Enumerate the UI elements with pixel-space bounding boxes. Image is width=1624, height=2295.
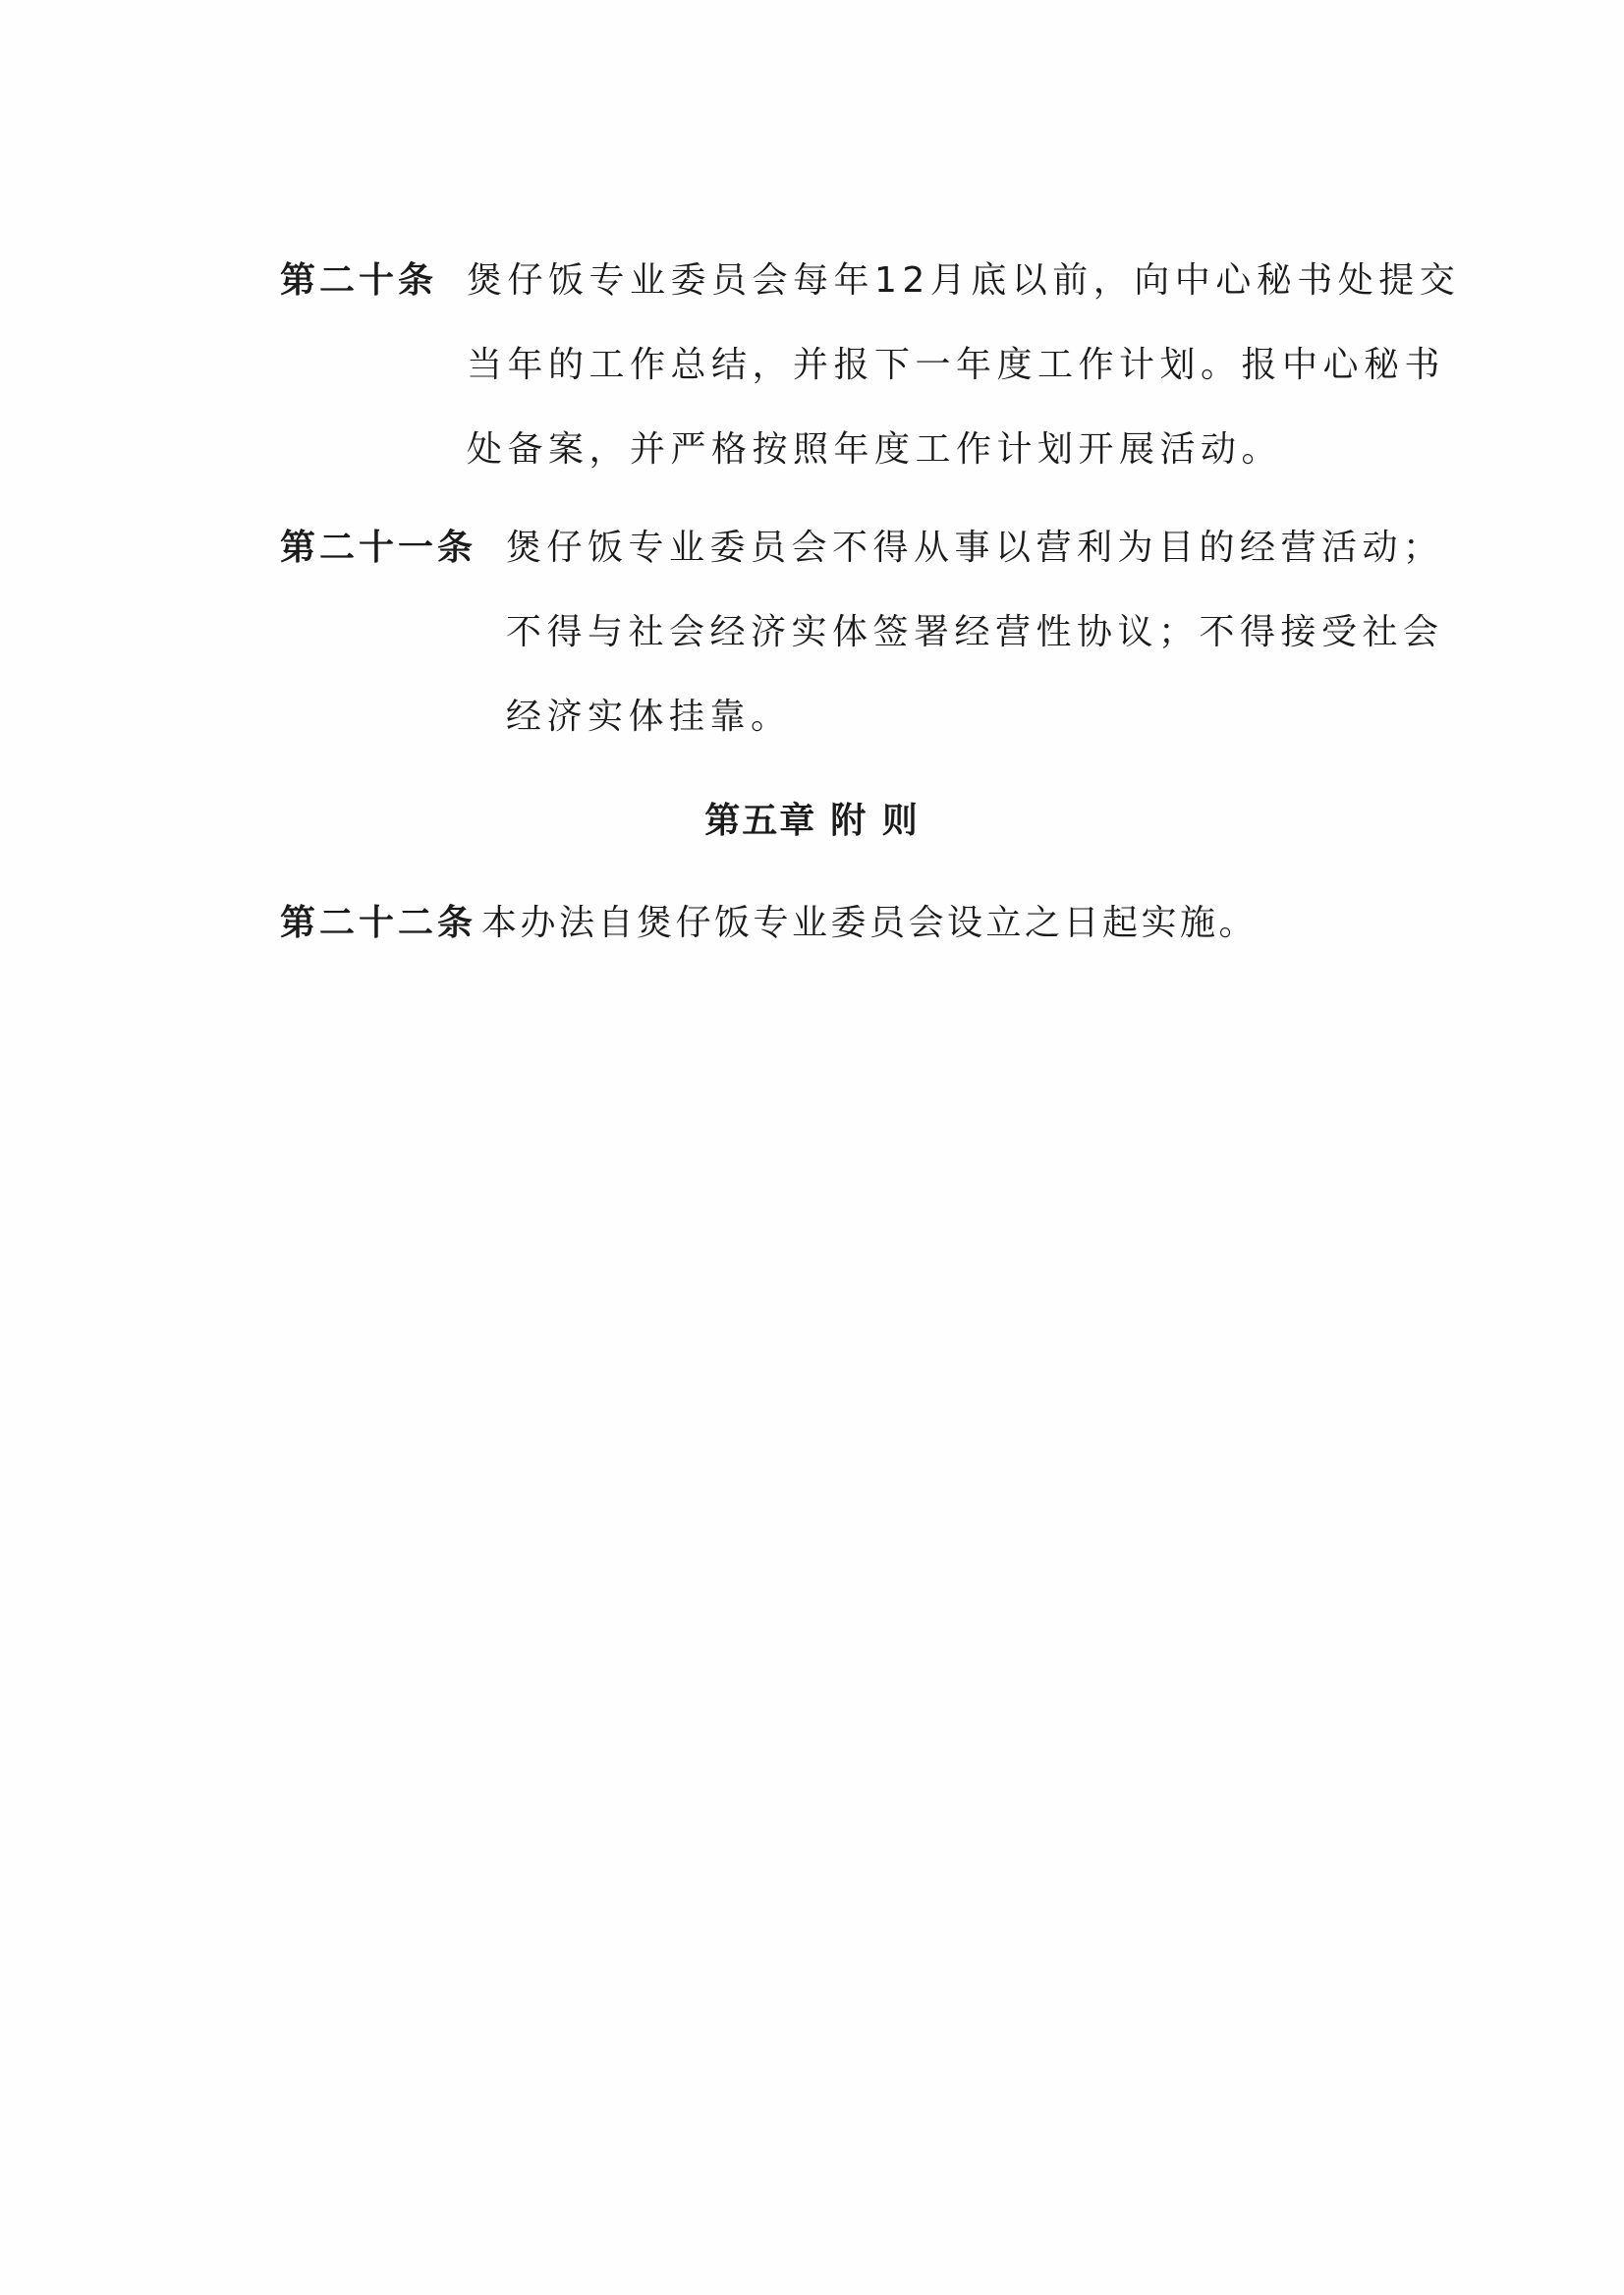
document-page: 第二十条 煲仔饭专业委员会每年12月底以前，向中心秘书处提交 当年的工作总结，并…: [0, 0, 1624, 2295]
article-text-line: 处备案，并严格按照年度工作计划开展活动。: [280, 408, 1366, 492]
article-text-line: 经济实体挂靠。: [280, 675, 1366, 759]
article-text-line: 当年的工作总结，并报下一年度工作计划。报中心秘书: [280, 323, 1366, 408]
article-20: 第二十条 煲仔饭专业委员会每年12月底以前，向中心秘书处提交 当年的工作总结，并…: [280, 239, 1366, 492]
chapter-title: 附 则: [830, 801, 920, 841]
article-text-line: 煲仔饭专业委员会每年12月底以前，向中心秘书处提交: [280, 239, 1366, 323]
chapter-number: 第五章: [704, 801, 816, 841]
article-21: 第二十一条 煲仔饭专业委员会不得从事以营利为目的经营活动； 不得与社会经济实体签…: [280, 506, 1366, 759]
article-label: 第二十一条: [280, 506, 476, 590]
article-text-line: 不得与社会经济实体签署经营性协议；不得接受社会: [280, 590, 1366, 675]
article-label: 第二十二条: [280, 881, 476, 966]
chapter-heading: 第五章附 则: [0, 779, 1624, 864]
article-label: 第二十条: [280, 239, 437, 323]
article-22: 第二十二条 本办法自煲仔饭专业委员会设立之日起实施。: [280, 881, 1366, 966]
